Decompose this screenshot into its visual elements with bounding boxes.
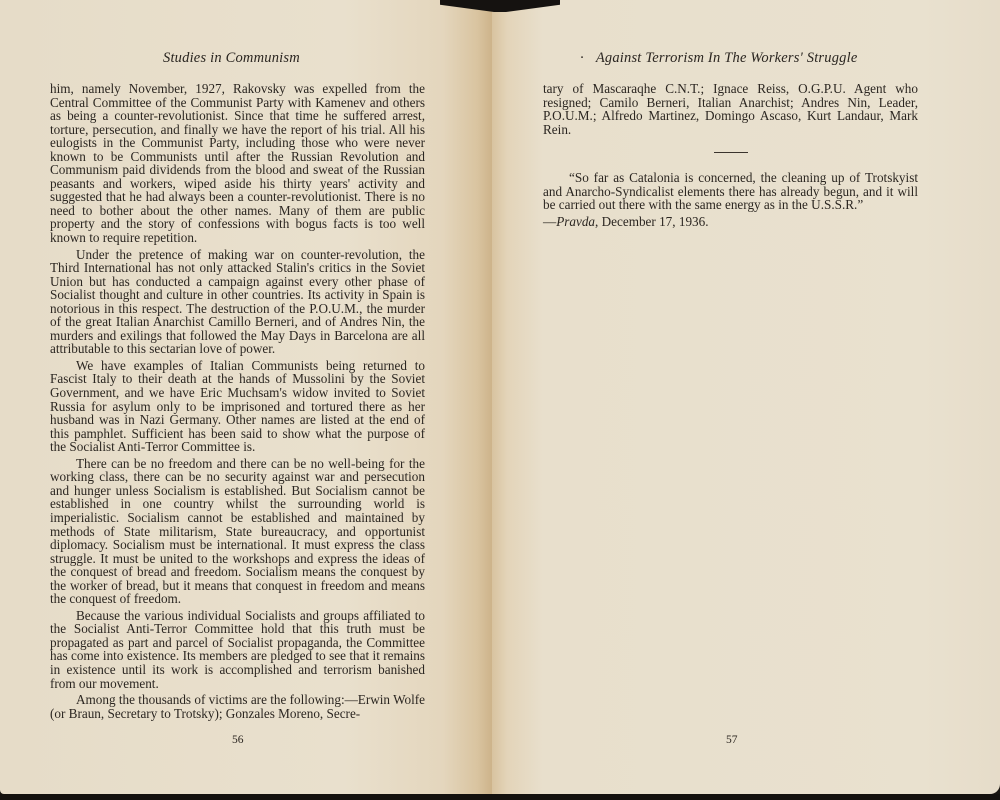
page-number-right: 57	[726, 734, 738, 746]
attribution-source: Pravda	[556, 214, 595, 229]
running-head-right: ·Against Terrorism In The Workers' Strug…	[580, 50, 857, 67]
attribution-dash: —	[543, 214, 556, 229]
book-spread: Studies in Communism him, namely Novembe…	[0, 0, 1000, 794]
paragraph: him, namely November, 1927, Rakovsky was…	[50, 82, 425, 245]
scanner-background	[0, 794, 1000, 800]
paragraph: Because the various individual Socialist…	[50, 609, 425, 690]
bullet-mark: ·	[580, 50, 584, 67]
right-body-text: tary of Mascaraqhe C.N.T.; Ignace Reiss,…	[543, 82, 918, 231]
attribution-date: , December 17, 1936.	[595, 214, 709, 229]
running-head-right-text: Against Terrorism In The Workers' Strugg…	[596, 50, 858, 66]
paragraph: Among the thousands of victims are the f…	[50, 693, 425, 720]
paragraph: tary of Mascaraqhe C.N.T.; Ignace Reiss,…	[543, 82, 918, 136]
paragraph: There can be no freedom and there can be…	[50, 457, 425, 606]
left-body-text: him, namely November, 1927, Rakovsky was…	[50, 82, 425, 723]
running-head-left: Studies in Communism	[163, 50, 300, 67]
paragraph: Under the pretence of making war on coun…	[50, 248, 425, 356]
page-number-left: 56	[232, 734, 244, 746]
left-page: Studies in Communism him, namely Novembe…	[0, 0, 492, 794]
quote-paragraph: “So far as Catalonia is concerned, the c…	[543, 171, 918, 212]
paragraph: We have examples of Italian Communists b…	[50, 359, 425, 454]
right-page: ·Against Terrorism In The Workers' Strug…	[492, 0, 1000, 794]
section-divider	[714, 152, 748, 153]
quote-attribution: —Pravda, December 17, 1936.	[543, 215, 918, 229]
